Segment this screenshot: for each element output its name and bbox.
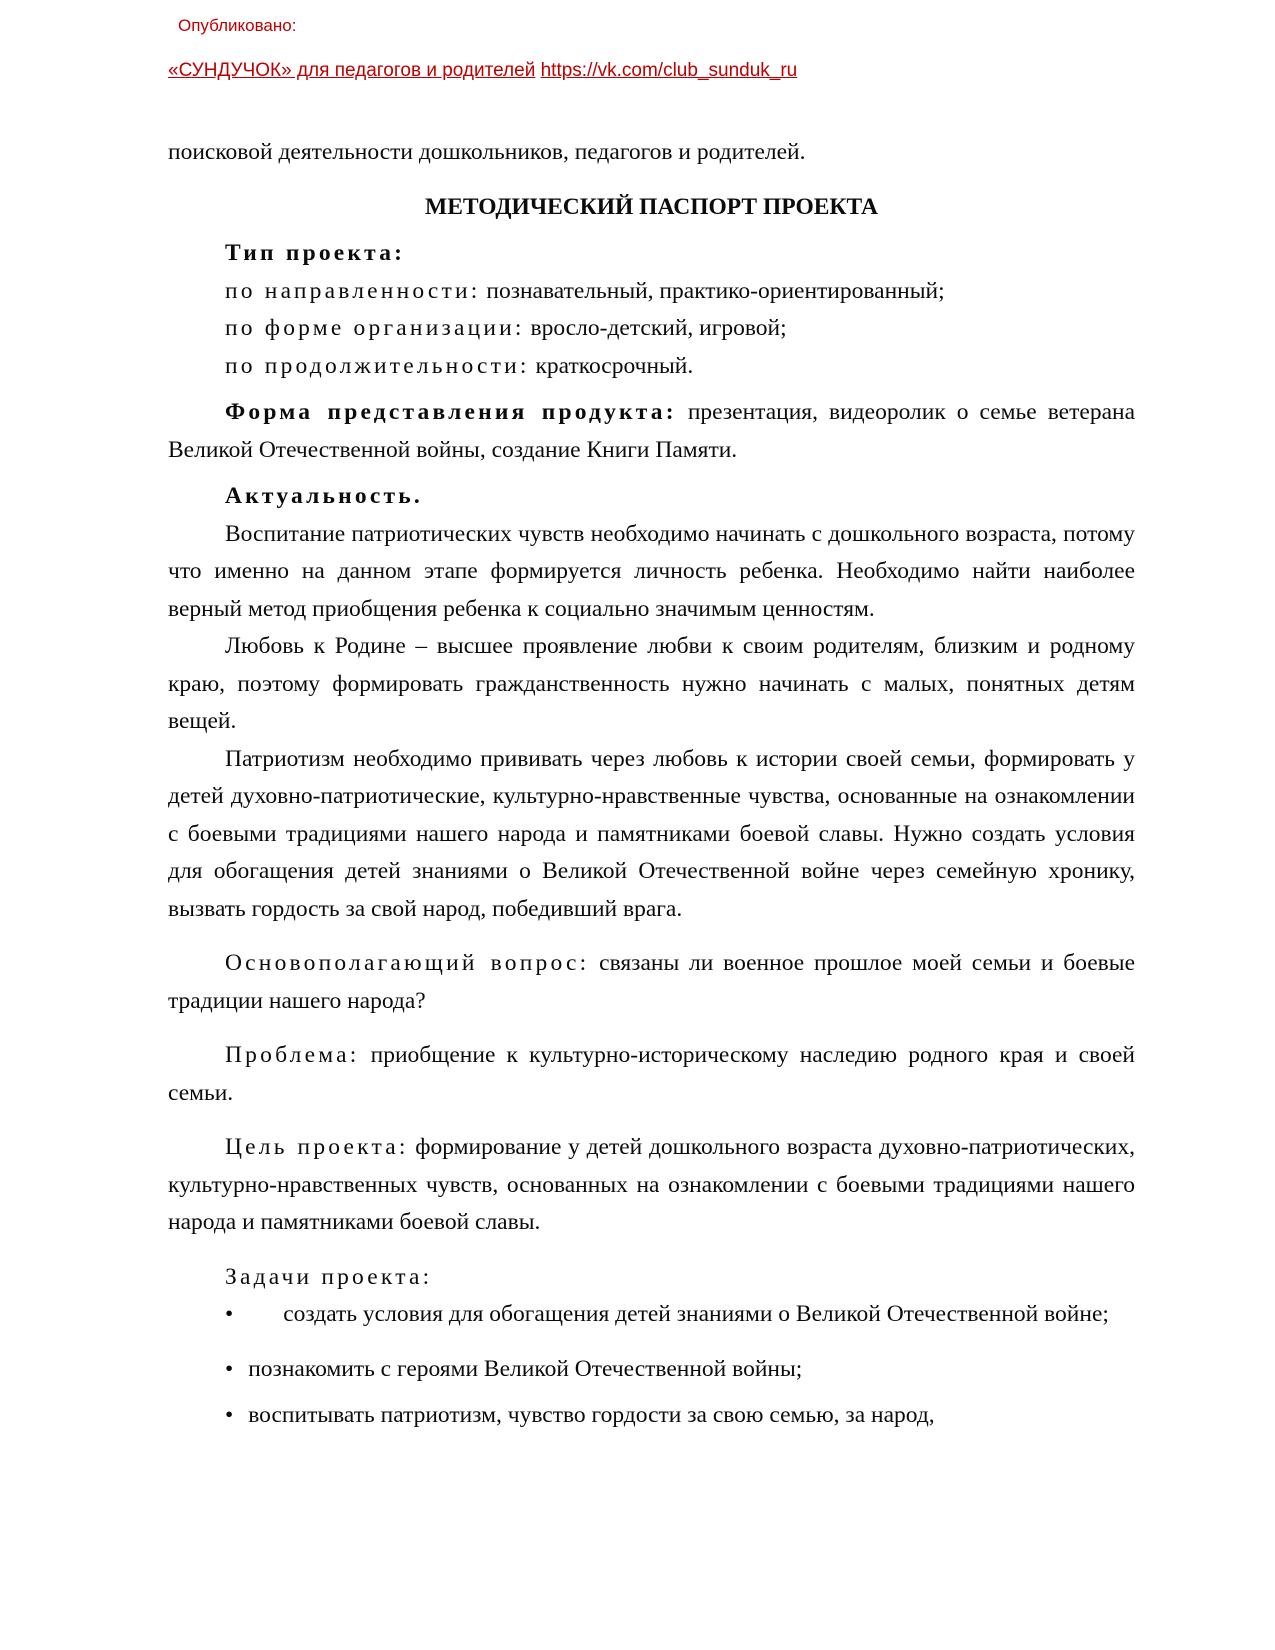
project-type-heading-label: Тип проекта: xyxy=(225,240,405,266)
relevance-paragraph-2: Любовь к Родине – высшее проявление любв… xyxy=(168,628,1135,741)
relevance-paragraph-3: Патриотизм необходимо прививать через лю… xyxy=(168,741,1135,929)
document-page: Опубликовано: «СУНДУЧОК» для педагогов и… xyxy=(0,0,1275,1650)
problem-paragraph: Проблема: приобщение к культурно-историч… xyxy=(168,1037,1135,1112)
problem-label: Проблема: xyxy=(225,1042,359,1068)
project-type-form: по форме организации: вросло-детский, иг… xyxy=(168,310,1135,348)
form-label: по форме организации: xyxy=(225,315,525,341)
direction-label: по направленности: xyxy=(225,278,481,304)
bullet-icon: • xyxy=(225,1356,233,1382)
relevance-heading: Актуальность. xyxy=(168,478,1135,516)
tasks-heading: Задачи проекта: xyxy=(168,1259,1135,1297)
document-body: поисковой деятельности дошкольников, пед… xyxy=(168,134,1135,1435)
task-item-1-text: создать условия для обогащения детей зна… xyxy=(283,1301,1109,1327)
product-form-label: Форма представления продукта: xyxy=(225,399,677,425)
intro-line: поисковой деятельности дошкольников, пед… xyxy=(168,134,1135,172)
task-item-1: •создать условия для обогащения детей зн… xyxy=(168,1296,1135,1334)
goal-label: Цель проекта: xyxy=(225,1134,409,1160)
tasks-heading-label: Задачи проекта: xyxy=(225,1264,432,1290)
key-question-paragraph: Основополагающий вопрос: связаны ли воен… xyxy=(168,945,1135,1020)
document-title: МЕТОДИЧЕСКИЙ ПАСПОРТ ПРОЕКТА xyxy=(168,189,1135,227)
bullet-icon: • xyxy=(225,1301,233,1327)
project-type-duration: по продолжительности: краткосрочный. xyxy=(168,348,1135,386)
direction-text: познавательный, практико-ориентированный… xyxy=(486,278,944,304)
club-line: «СУНДУЧОК» для педагогов и родителей htt… xyxy=(0,60,1275,82)
project-type-heading: Тип проекта: xyxy=(168,235,1135,273)
relevance-heading-label: Актуальность. xyxy=(225,483,423,509)
relevance-paragraph-1: Воспитание патриотических чувств необход… xyxy=(168,516,1135,629)
vk-link[interactable]: https://vk.com/club_sunduk_ru xyxy=(541,60,798,81)
task-item-3: •воспитывать патриотизм, чувство гордост… xyxy=(168,1397,1135,1435)
club-title: «СУНДУЧОК» для педагогов и родителей xyxy=(168,60,535,81)
key-question-label: Основополагающий вопрос: xyxy=(225,950,589,976)
duration-text: краткосрочный. xyxy=(535,353,693,379)
task-item-2-text: познакомить с героями Великой Отечествен… xyxy=(248,1356,802,1382)
project-type-direction: по направленности: познавательный, практ… xyxy=(168,273,1135,311)
task-item-3-text: воспитывать патриотизм, чувство гордости… xyxy=(248,1402,934,1428)
product-form-paragraph: Форма представления продукта: презентаци… xyxy=(168,394,1135,469)
goal-paragraph: Цель проекта: формирование у детей дошко… xyxy=(168,1129,1135,1242)
form-text: вросло-детский, игровой; xyxy=(531,315,787,341)
duration-label: по продолжительности: xyxy=(225,353,530,379)
task-item-2: •познакомить с героями Великой Отечестве… xyxy=(168,1351,1135,1389)
published-label: Опубликовано: xyxy=(0,0,1275,36)
bullet-icon: • xyxy=(225,1402,233,1428)
